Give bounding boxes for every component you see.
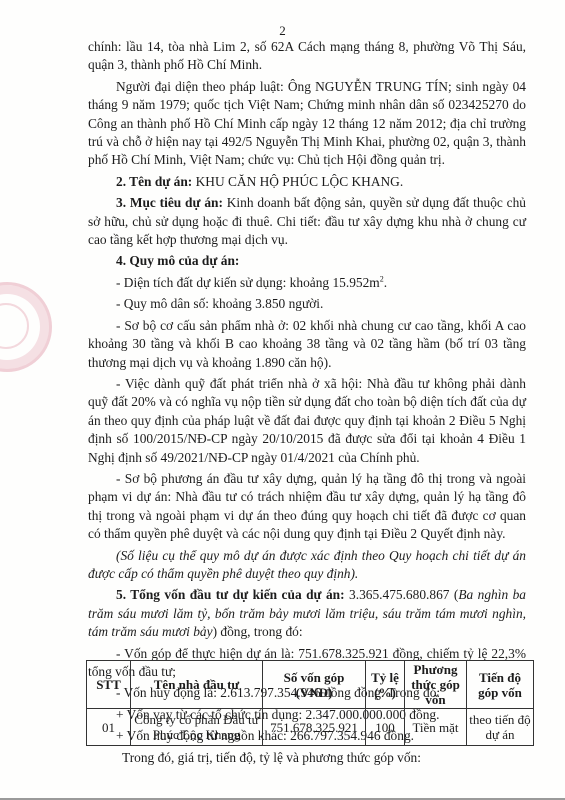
housing-structure: - Sơ bộ cơ cấu sản phẩm nhà ở: 02 khối n… — [88, 317, 526, 372]
section-3-objective: 3. Mục tiêu dự án: Kinh doanh bất động s… — [88, 194, 526, 249]
header-stt: STT — [87, 661, 131, 709]
cell-ratio: 100 — [366, 709, 405, 746]
table-header-row: STT Tên nhà đầu tư Số vốn góp (VNĐ) Tỷ l… — [87, 661, 534, 709]
section-5-investment: 5. Tổng vốn đầu tư dự kiến của dự án: 3.… — [88, 586, 526, 641]
cell-capital-amount: 751.678.325.921 — [263, 709, 366, 746]
section-3-label: 3. Mục tiêu dự án: — [116, 195, 223, 210]
section-5-label: 5. Tổng vốn đầu tư dự kiến của dự án: — [116, 587, 345, 602]
section-4-heading: 4. Quy mô của dự án: — [88, 252, 526, 270]
header-method: Phương thức góp vốn — [405, 661, 467, 709]
section-5-tail: ) đồng, trong đó: — [213, 624, 303, 639]
land-area-end: . — [384, 275, 387, 290]
document-body: chính: lầu 14, tòa nhà Lim 2, số 62A Các… — [88, 38, 526, 767]
cell-investor-name: Công ty cổ phần Đầu tư Phúc Lộc Khang — [131, 709, 263, 746]
page-number: 2 — [0, 24, 565, 38]
cell-method: Tiền mặt — [405, 709, 467, 746]
cell-stt: 01 — [87, 709, 131, 746]
section-2-project-name: 2. Tên dự án: KHU CĂN HỘ PHÚC LỘC KHANG. — [88, 173, 526, 191]
scale-note: (Số liệu cụ thể quy mô dự án được xác đị… — [88, 547, 526, 584]
land-area-text: - Diện tích đất dự kiến sử dụng: khoảng … — [116, 275, 380, 290]
section-2-label: 2. Tên dự án: — [116, 174, 192, 189]
table-row: 01 Công ty cổ phần Đầu tư Phúc Lộc Khang… — [87, 709, 534, 746]
legal-representative: Người đại diện theo pháp luật: Ông NGUYỄ… — [88, 78, 526, 170]
social-housing-land: - Việc dành quỹ đất phát triển nhà ở xã … — [88, 375, 526, 467]
header-schedule: Tiến độ góp vốn — [467, 661, 534, 709]
infrastructure-plan: - Sơ bộ phương án đầu tư xây dựng, quản … — [88, 470, 526, 544]
cell-schedule: theo tiến độ dự án — [467, 709, 534, 746]
table-intro: Trong đó, giá trị, tiến độ, tỷ lệ và phư… — [88, 749, 526, 767]
document-page: 2 chính: lầu 14, tòa nhà Lim 2, số 62A C… — [0, 0, 565, 799]
section-2-value: KHU CĂN HỘ PHÚC LỘC KHANG. — [192, 174, 403, 189]
land-area: - Diện tích đất dự kiến sử dụng: khoảng … — [88, 274, 526, 292]
header-investor-name: Tên nhà đầu tư — [131, 661, 263, 709]
population-scale: - Quy mô dân số: khoảng 3.850 người. — [88, 295, 526, 313]
section-4-label: 4. Quy mô của dự án: — [116, 253, 239, 268]
section-5-amount: 3.365.475.680.867 ( — [345, 587, 459, 602]
header-capital-amount: Số vốn góp (VNĐ) — [263, 661, 366, 709]
red-seal-stamp — [0, 282, 52, 372]
header-ratio: Tỷ lệ (%) — [366, 661, 405, 709]
capital-contribution-table: STT Tên nhà đầu tư Số vốn góp (VNĐ) Tỷ l… — [86, 660, 534, 746]
address-continuation: chính: lầu 14, tòa nhà Lim 2, số 62A Các… — [88, 38, 526, 75]
